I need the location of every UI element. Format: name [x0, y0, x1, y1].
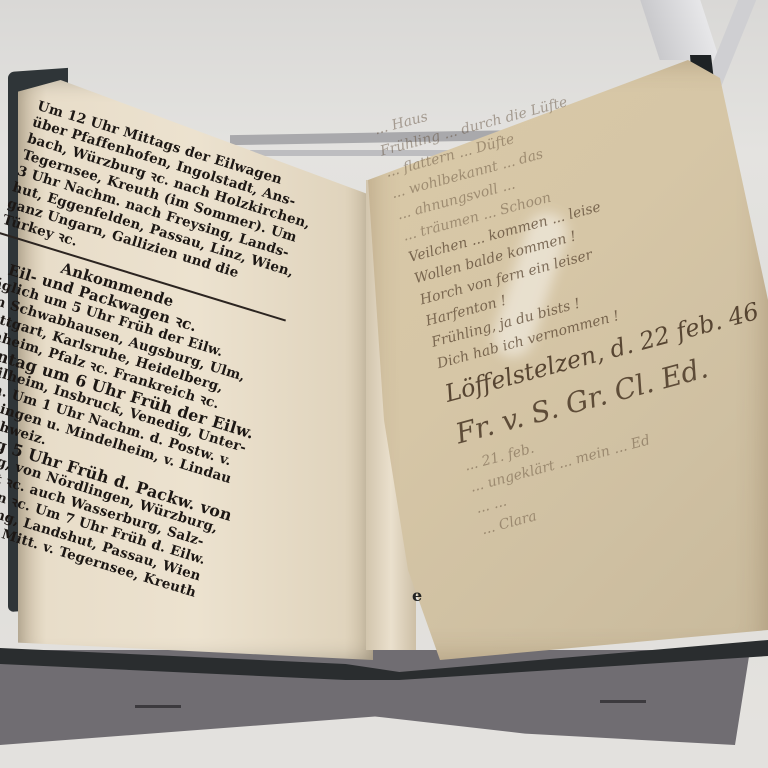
photo-scene: Um 12 Uhr Mittags der Eilwagen über Pfaf… — [0, 0, 768, 768]
shadow-clip-mark — [135, 705, 181, 708]
shadow-clip-mark — [600, 700, 646, 703]
margin-print-mark: e — [412, 586, 422, 605]
